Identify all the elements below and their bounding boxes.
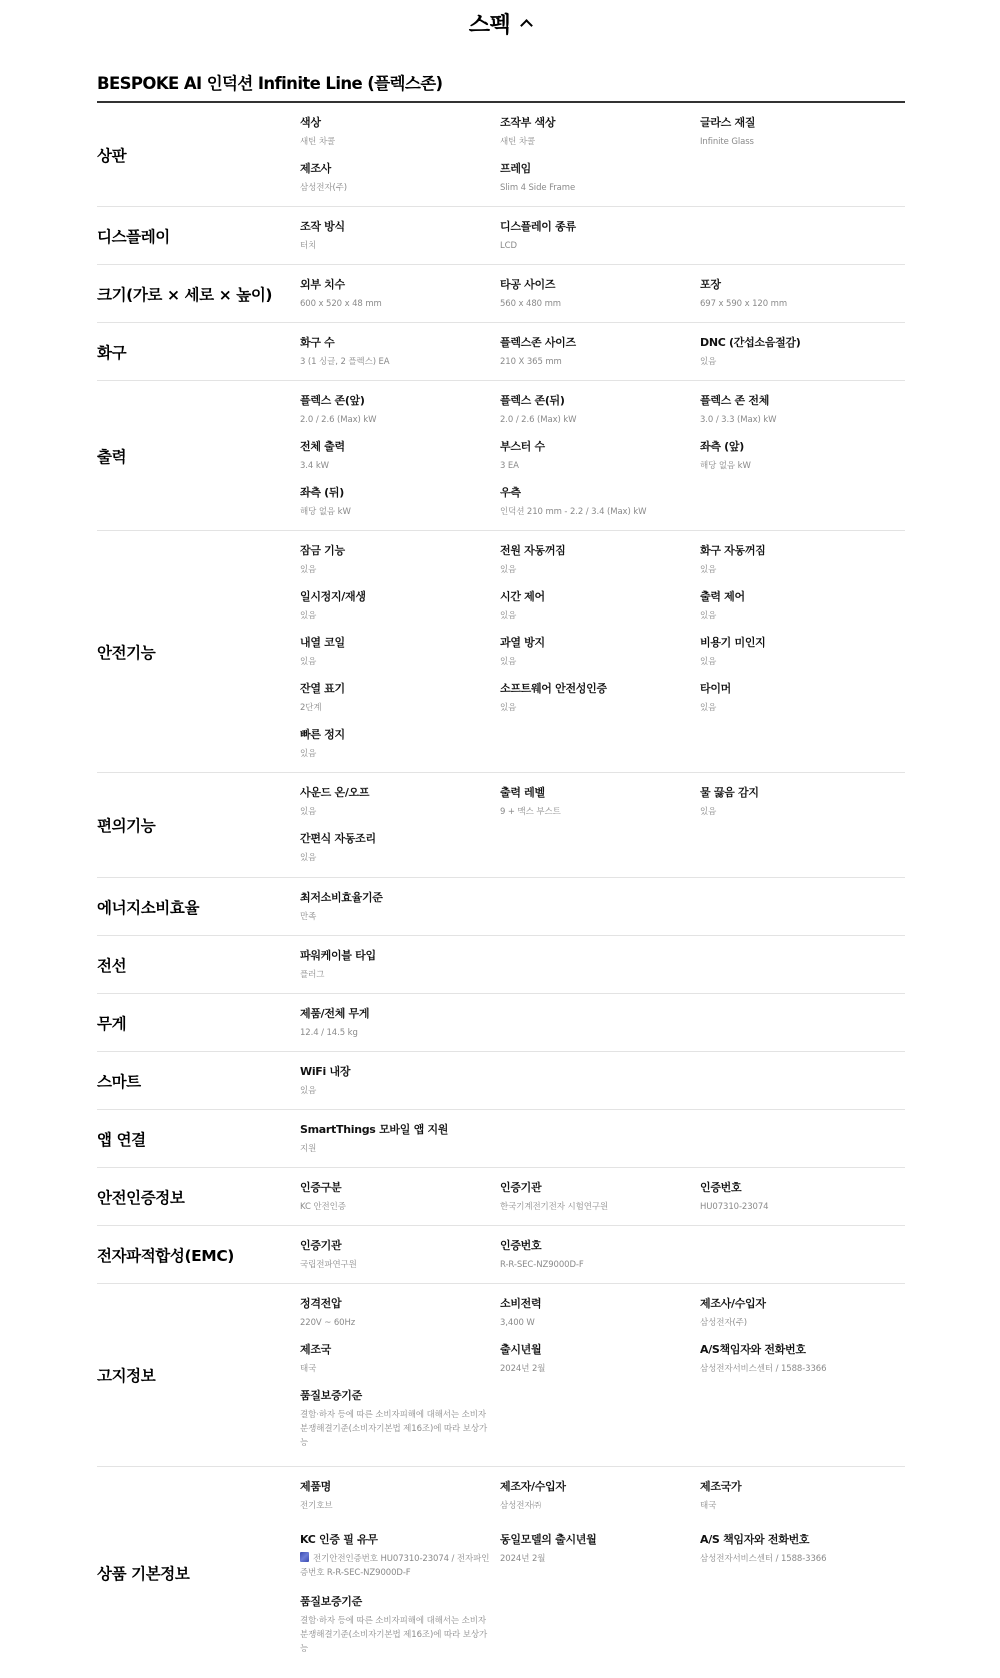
spec-item: 간편식 자동조리있음 (300, 831, 500, 877)
spec-item-value-text: 전기안전인증번호 HU07310-23074 / 전자파인증번호 R-R-SEC… (300, 1554, 489, 1578)
spec-item-label: DNC (간섭소음절감) (700, 335, 908, 351)
spec-item-label: 사운드 온/오프 (300, 785, 500, 801)
spec-item-value: 만족 (300, 910, 500, 924)
spec-item-label: 플렉스 존(앞) (300, 393, 500, 409)
spec-item-label: 플렉스 존(뒤) (500, 393, 700, 409)
spec-section: 에너지소비효율최저소비효율기준만족 (97, 878, 905, 936)
spec-item: 타공 사이즈560 x 480 mm (500, 277, 700, 323)
spec-section: 크기(가로 × 세로 × 높이)외부 치수600 x 520 x 48 mm타공… (97, 265, 905, 323)
spec-item: A/S책임자와 전화번호삼성전자서비스센터 / 1588-3366 (700, 1342, 908, 1388)
spec-item: 동일모델의 출시년월2024년 2월 (500, 1532, 700, 1595)
spec-item-label: 정격전압 (300, 1296, 500, 1312)
section-items: 화구 수3 (1 싱글, 2 플렉스) EA플렉스존 사이즈210 X 365 … (300, 323, 908, 380)
spec-item-label: 제조자/수입자 (500, 1479, 700, 1495)
spec-section: 전선파워케이블 타입플러그 (97, 936, 905, 994)
spec-item-value: 있음 (300, 655, 500, 669)
spec-item-value: 새틴 차콜 (300, 135, 500, 149)
spec-item: 소프트웨어 안전성인증있음 (500, 681, 700, 727)
spec-item-label: 동일모델의 출시년월 (500, 1532, 700, 1548)
spec-item-value: 2.0 / 2.6 (Max) kW (300, 413, 500, 427)
spec-item: 잠금 기능있음 (300, 543, 500, 589)
section-label: 전자파적합성(EMC) (97, 1226, 300, 1283)
spec-section: 안전기능잠금 기능있음전원 자동꺼짐있음화구 자동꺼짐있음일시정지/재생있음시간… (97, 531, 905, 773)
spec-item: 일시정지/재생있음 (300, 589, 500, 635)
spec-item: 제품/전체 무게12.4 / 14.5 kg (300, 1006, 500, 1052)
spec-item-value: 9 + 맥스 부스트 (500, 805, 700, 819)
spec-item: 내열 코일있음 (300, 635, 500, 681)
chevron-up-icon[interactable] (520, 19, 533, 32)
section-label: 전선 (97, 936, 300, 993)
spec-item-label: 화구 자동꺼짐 (700, 543, 908, 559)
section-items: 제품/전체 무게12.4 / 14.5 kg (300, 994, 908, 1051)
spec-item: 소비전력3,400 W (500, 1296, 700, 1342)
spec-item-value: 태국 (300, 1362, 500, 1376)
spec-item-label: 글라스 재질 (700, 115, 908, 131)
spec-item: 인증번호HU07310-23074 (700, 1180, 908, 1226)
spec-item: 품질보증기준결함·하자 등에 따른 소비자피해에 대해서는 소비자분쟁해결기준(… (300, 1594, 500, 1671)
spec-item: 출력 레벨9 + 맥스 부스트 (500, 785, 700, 831)
spec-item-value: 있음 (700, 655, 908, 669)
spec-item-value: 있음 (500, 655, 700, 669)
spec-item-value: 국립전파연구원 (300, 1258, 500, 1272)
spec-item-value: KC 안전인증 (300, 1200, 500, 1214)
spec-item: 화구 수3 (1 싱글, 2 플렉스) EA (300, 335, 500, 381)
spec-item-label: 제조사 (300, 161, 500, 177)
spec-item-value: 560 x 480 mm (500, 297, 700, 311)
section-items: 플렉스 존(앞)2.0 / 2.6 (Max) kW플렉스 존(뒤)2.0 / … (300, 381, 908, 530)
section-items: 조작 방식터치디스플레이 종류LCD (300, 207, 908, 264)
spec-item-value: 3,400 W (500, 1316, 700, 1330)
spec-item-label: 제품명 (300, 1479, 500, 1495)
spec-item: 과열 방지있음 (500, 635, 700, 681)
spec-item: KC 인증 필 유무전기안전인증번호 HU07310-23074 / 전자파인증… (300, 1532, 500, 1595)
spec-item-value: R-R-SEC-NZ9000D-F (500, 1258, 700, 1272)
spec-item-value: 있음 (300, 1084, 500, 1098)
spec-item: A/S 책임자와 전화번호삼성전자서비스센터 / 1588-3366 (700, 1532, 908, 1595)
spec-item-label: 과열 방지 (500, 635, 700, 651)
spec-toggle-header[interactable]: 스펙 (0, 8, 1000, 44)
spec-item-value: 삼성전자서비스센터 / 1588-3366 (700, 1552, 908, 1566)
spec-item-value: 3.0 / 3.3 (Max) kW (700, 413, 908, 427)
section-label: 고지정보 (97, 1284, 300, 1466)
spec-item-label: 인증기관 (500, 1180, 700, 1196)
spec-item-value: Infinite Glass (700, 135, 908, 149)
spec-item-label: 프레임 (500, 161, 700, 177)
spec-item: 사운드 온/오프있음 (300, 785, 500, 831)
spec-item: 좌측 (뒤)해당 없음 kW (300, 485, 500, 531)
spec-item: 외부 치수600 x 520 x 48 mm (300, 277, 500, 323)
spec-item-value: 210 X 365 mm (500, 355, 700, 369)
spec-item-label: 인증번호 (500, 1238, 700, 1254)
section-label: 편의기능 (97, 773, 300, 877)
spec-item-value: 있음 (500, 701, 700, 715)
spec-item-label: 전체 출력 (300, 439, 500, 455)
section-label: 화구 (97, 323, 300, 380)
section-items: 사운드 온/오프있음출력 레벨9 + 맥스 부스트물 끓음 감지있음간편식 자동… (300, 773, 908, 877)
section-items: 인증기관국립전파연구원인증번호R-R-SEC-NZ9000D-F (300, 1226, 908, 1283)
spec-section: 상판색상새틴 차콜조작부 색상새틴 차콜글라스 재질Infinite Glass… (97, 103, 905, 207)
spec-item-value: 3 EA (500, 459, 700, 473)
spec-item-label: 내열 코일 (300, 635, 500, 651)
spec-item-value: 플러그 (300, 968, 500, 982)
spec-item-value: 삼성전자서비스센터 / 1588-3366 (700, 1362, 908, 1376)
section-items: 파워케이블 타입플러그 (300, 936, 908, 993)
spec-item-value: 있음 (700, 355, 908, 369)
spec-item-value: 있음 (700, 609, 908, 623)
spec-item: 인증기관국립전파연구원 (300, 1238, 500, 1284)
spec-item: 제품명전기호브 (300, 1479, 500, 1532)
spec-item-value: HU07310-23074 (700, 1200, 908, 1214)
section-items: WiFi 내장있음 (300, 1052, 908, 1109)
spec-item-label: 물 끓음 감지 (700, 785, 908, 801)
spec-item-label: 출력 제어 (700, 589, 908, 605)
section-label: 안전인증정보 (97, 1168, 300, 1225)
spec-item-label: 플렉스 존 전체 (700, 393, 908, 409)
spec-item-value: 삼성전자(주) (700, 1316, 908, 1330)
spec-item-value: 해당 없음 kW (300, 505, 500, 519)
spec-item-value: 결함·하자 등에 따른 소비자피해에 대해서는 소비자분쟁해결기준(소비자기본법… (300, 1614, 490, 1656)
spec-item-label: 전원 자동꺼짐 (500, 543, 700, 559)
spec-item-label: 인증구분 (300, 1180, 500, 1196)
spec-item: 디스플레이 종류LCD (500, 219, 700, 265)
spec-item: 좌측 (앞)해당 없음 kW (700, 439, 908, 485)
section-items: 잠금 기능있음전원 자동꺼짐있음화구 자동꺼짐있음일시정지/재생있음시간 제어있… (300, 531, 908, 772)
section-items: 외부 치수600 x 520 x 48 mm타공 사이즈560 x 480 mm… (300, 265, 908, 322)
spec-section: 출력플렉스 존(앞)2.0 / 2.6 (Max) kW플렉스 존(뒤)2.0 … (97, 381, 905, 531)
spec-item: 제조국태국 (300, 1342, 500, 1388)
spec-item-label: 일시정지/재생 (300, 589, 500, 605)
spec-item-value: 있음 (700, 701, 908, 715)
spec-item-value: LCD (500, 239, 700, 253)
spec-item-value: 전기안전인증번호 HU07310-23074 / 전자파인증번호 R-R-SEC… (300, 1552, 490, 1580)
spec-item-label: A/S책임자와 전화번호 (700, 1342, 908, 1358)
spec-item-label: 제품/전체 무게 (300, 1006, 500, 1022)
spec-item: DNC (간섭소음절감)있음 (700, 335, 908, 381)
spec-item-value: Slim 4 Side Frame (500, 181, 700, 195)
spec-item-label: 인증기관 (300, 1238, 500, 1254)
spec-item-label: 품질보증기준 (300, 1388, 500, 1404)
spec-section: 스마트WiFi 내장있음 (97, 1052, 905, 1110)
spec-item-label: 간편식 자동조리 (300, 831, 500, 847)
spec-item-value: 전기호브 (300, 1499, 500, 1513)
spec-item-value: 한국기계전기전자 시험연구원 (500, 1200, 700, 1214)
section-label: 안전기능 (97, 531, 300, 772)
section-label: 크기(가로 × 세로 × 높이) (97, 265, 300, 322)
spec-item-label: 좌측 (뒤) (300, 485, 500, 501)
spec-item-value: 2024년 2월 (500, 1362, 700, 1376)
spec-item-label: 출시년월 (500, 1342, 700, 1358)
spec-item-label: 품질보증기준 (300, 1594, 500, 1610)
spec-item-label: 출력 레벨 (500, 785, 700, 801)
spec-item-label: A/S 책임자와 전화번호 (700, 1532, 908, 1548)
spec-item-label: 제조국 (300, 1342, 500, 1358)
section-items: 제품명전기호브제조자/수입자삼성전자㈜제조국가태국KC 인증 필 유무전기안전인… (300, 1467, 908, 1678)
spec-item-label: 파워케이블 타입 (300, 948, 500, 964)
spec-item: 잔열 표기2단계 (300, 681, 500, 727)
section-items: 정격전압220V ~ 60Hz소비전력3,400 W제조사/수입자삼성전자(주)… (300, 1284, 908, 1466)
spec-item: 플렉스 존(뒤)2.0 / 2.6 (Max) kW (500, 393, 700, 439)
spec-item-value: 3 (1 싱글, 2 플렉스) EA (300, 355, 500, 369)
spec-item: 물 끓음 감지있음 (700, 785, 908, 831)
spec-section: 편의기능사운드 온/오프있음출력 레벨9 + 맥스 부스트물 끓음 감지있음간편… (97, 773, 905, 878)
spec-item-label: 우측 (500, 485, 700, 501)
spec-item: 프레임Slim 4 Side Frame (500, 161, 700, 207)
spec-item: 제조사삼성전자(주) (300, 161, 500, 207)
spec-item-value: 있음 (700, 805, 908, 819)
spec-item: WiFi 내장있음 (300, 1064, 500, 1110)
spec-item-value: 있음 (300, 747, 500, 761)
spec-section: 화구화구 수3 (1 싱글, 2 플렉스) EA플렉스존 사이즈210 X 36… (97, 323, 905, 381)
kc-mark-icon (300, 1552, 309, 1562)
spec-item: 파워케이블 타입플러그 (300, 948, 500, 994)
spec-item: 품질보증기준결함·하자 등에 따른 소비자피해에 대해서는 소비자분쟁해결기준(… (300, 1388, 500, 1458)
spec-item-label: WiFi 내장 (300, 1064, 500, 1080)
section-items: 색상새틴 차콜조작부 색상새틴 차콜글라스 재질Infinite Glass제조… (300, 103, 908, 206)
spec-item-label: 부스터 수 (500, 439, 700, 455)
spec-item-value: 2.0 / 2.6 (Max) kW (500, 413, 700, 427)
spec-item: 인증구분KC 안전인증 (300, 1180, 500, 1226)
spec-item-value: 있음 (300, 563, 500, 577)
spec-item-value: 있음 (300, 805, 500, 819)
section-label: 스마트 (97, 1052, 300, 1109)
spec-item-value: 결함·하자 등에 따른 소비자피해에 대해서는 소비자분쟁해결기준(소비자기본법… (300, 1408, 490, 1450)
spec-item: 출시년월2024년 2월 (500, 1342, 700, 1388)
spec-item-value: 터치 (300, 239, 500, 253)
spec-item-value: 3.4 kW (300, 459, 500, 473)
spec-item-label: 디스플레이 종류 (500, 219, 700, 235)
section-items: 인증구분KC 안전인증인증기관한국기계전기전자 시험연구원인증번호HU07310… (300, 1168, 908, 1225)
spec-item-value: 있음 (700, 563, 908, 577)
spec-item-value: 220V ~ 60Hz (300, 1316, 500, 1330)
spec-item-label: 소비전력 (500, 1296, 700, 1312)
spec-item: 출력 제어있음 (700, 589, 908, 635)
spec-item: 타이머있음 (700, 681, 908, 727)
spec-item-label: 제조사/수입자 (700, 1296, 908, 1312)
spec-item-value: 있음 (300, 609, 500, 623)
spec-item-label: 색상 (300, 115, 500, 131)
section-label: 디스플레이 (97, 207, 300, 264)
spec-item-value: 2024년 2월 (500, 1552, 700, 1566)
spec-item-value: 삼성전자(주) (300, 181, 500, 195)
spec-item-value: 해당 없음 kW (700, 459, 908, 473)
spec-item-value: 600 x 520 x 48 mm (300, 297, 500, 311)
spec-item: 우측인덕션 210 mm - 2.2 / 3.4 (Max) kW (500, 485, 700, 531)
spec-item: 플렉스 존(앞)2.0 / 2.6 (Max) kW (300, 393, 500, 439)
section-items: SmartThings 모바일 앱 지원지원 (300, 1110, 908, 1167)
spec-item-value: 있음 (500, 609, 700, 623)
spec-section: 고지정보정격전압220V ~ 60Hz소비전력3,400 W제조사/수입자삼성전… (97, 1284, 905, 1467)
spec-item: 인증번호R-R-SEC-NZ9000D-F (500, 1238, 700, 1284)
spec-item-value: 삼성전자㈜ (500, 1499, 700, 1513)
spec-item: 조작부 색상새틴 차콜 (500, 115, 700, 161)
spec-item-label: 비용기 미인지 (700, 635, 908, 651)
spec-item-label: 최저소비효율기준 (300, 890, 500, 906)
spec-item: 최저소비효율기준만족 (300, 890, 500, 936)
spec-item-label: 인증번호 (700, 1180, 908, 1196)
spec-item-label: 소프트웨어 안전성인증 (500, 681, 700, 697)
section-label: 상판 (97, 103, 300, 206)
section-label: 앱 연결 (97, 1110, 300, 1167)
spec-item: 정격전압220V ~ 60Hz (300, 1296, 500, 1342)
spec-item: 제조국가태국 (700, 1479, 908, 1532)
spec-item-label: 포장 (700, 277, 908, 293)
spec-item: 플렉스존 사이즈210 X 365 mm (500, 335, 700, 381)
spec-item: SmartThings 모바일 앱 지원지원 (300, 1122, 500, 1168)
section-label: 상품 기본정보 (97, 1467, 300, 1678)
section-label: 무게 (97, 994, 300, 1051)
spec-item: 제조자/수입자삼성전자㈜ (500, 1479, 700, 1532)
spec-item-label: 잠금 기능 (300, 543, 500, 559)
spec-item: 빠른 정지있음 (300, 727, 500, 773)
spec-item-label: 플렉스존 사이즈 (500, 335, 700, 351)
spec-item-value: 인덕션 210 mm - 2.2 / 3.4 (Max) kW (500, 505, 700, 519)
section-items: 최저소비효율기준만족 (300, 878, 908, 935)
spec-item-value: 있음 (300, 851, 500, 865)
spec-item-label: 타공 사이즈 (500, 277, 700, 293)
spec-section: 전자파적합성(EMC)인증기관국립전파연구원인증번호R-R-SEC-NZ9000… (97, 1226, 905, 1284)
spec-item-value: 2단계 (300, 701, 500, 715)
spec-section: 디스플레이조작 방식터치디스플레이 종류LCD (97, 207, 905, 265)
spec-item: 인증기관한국기계전기전자 시험연구원 (500, 1180, 700, 1226)
product-title: BESPOKE AI 인덕션 Infinite Line (플렉스존) (97, 72, 443, 96)
spec-item-label: 시간 제어 (500, 589, 700, 605)
spec-item-label: KC 인증 필 유무 (300, 1532, 500, 1548)
spec-section: 앱 연결SmartThings 모바일 앱 지원지원 (97, 1110, 905, 1168)
spec-item: 비용기 미인지있음 (700, 635, 908, 681)
spec-item-label: 잔열 표기 (300, 681, 500, 697)
spec-item-label: 조작부 색상 (500, 115, 700, 131)
spec-item: 부스터 수3 EA (500, 439, 700, 485)
spec-item: 플렉스 존 전체3.0 / 3.3 (Max) kW (700, 393, 908, 439)
spec-item-label: 빠른 정지 (300, 727, 500, 743)
spec-item: 포장697 x 590 x 120 mm (700, 277, 908, 323)
spec-item-label: 화구 수 (300, 335, 500, 351)
spec-section: 안전인증정보인증구분KC 안전인증인증기관한국기계전기전자 시험연구원인증번호H… (97, 1168, 905, 1226)
spec-item-value: 태국 (700, 1499, 908, 1513)
spec-item: 글라스 재질Infinite Glass (700, 115, 908, 161)
section-label: 에너지소비효율 (97, 878, 300, 935)
spec-item-value: 있음 (500, 563, 700, 577)
spec-table: 상판색상새틴 차콜조작부 색상새틴 차콜글라스 재질Infinite Glass… (97, 103, 905, 1678)
spec-item-label: 좌측 (앞) (700, 439, 908, 455)
spec-section: 무게제품/전체 무게12.4 / 14.5 kg (97, 994, 905, 1052)
spec-item: 화구 자동꺼짐있음 (700, 543, 908, 589)
spec-item: 색상새틴 차콜 (300, 115, 500, 161)
spec-item: 시간 제어있음 (500, 589, 700, 635)
spec-item-value: 새틴 차콜 (500, 135, 700, 149)
spec-title: 스펙 (469, 13, 511, 38)
spec-item-value: 697 x 590 x 120 mm (700, 297, 908, 311)
spec-item-label: 타이머 (700, 681, 908, 697)
spec-item-value: 지원 (300, 1142, 500, 1156)
spec-item-value: 12.4 / 14.5 kg (300, 1026, 500, 1040)
section-label: 출력 (97, 381, 300, 530)
spec-section: 상품 기본정보제품명전기호브제조자/수입자삼성전자㈜제조국가태국KC 인증 필 … (97, 1467, 905, 1678)
spec-item-label: SmartThings 모바일 앱 지원 (300, 1122, 500, 1138)
spec-item: 전체 출력3.4 kW (300, 439, 500, 485)
spec-item: 전원 자동꺼짐있음 (500, 543, 700, 589)
spec-item-label: 조작 방식 (300, 219, 500, 235)
spec-item-label: 외부 치수 (300, 277, 500, 293)
spec-item-label: 제조국가 (700, 1479, 908, 1495)
spec-item: 제조사/수입자삼성전자(주) (700, 1296, 908, 1342)
spec-item: 조작 방식터치 (300, 219, 500, 265)
